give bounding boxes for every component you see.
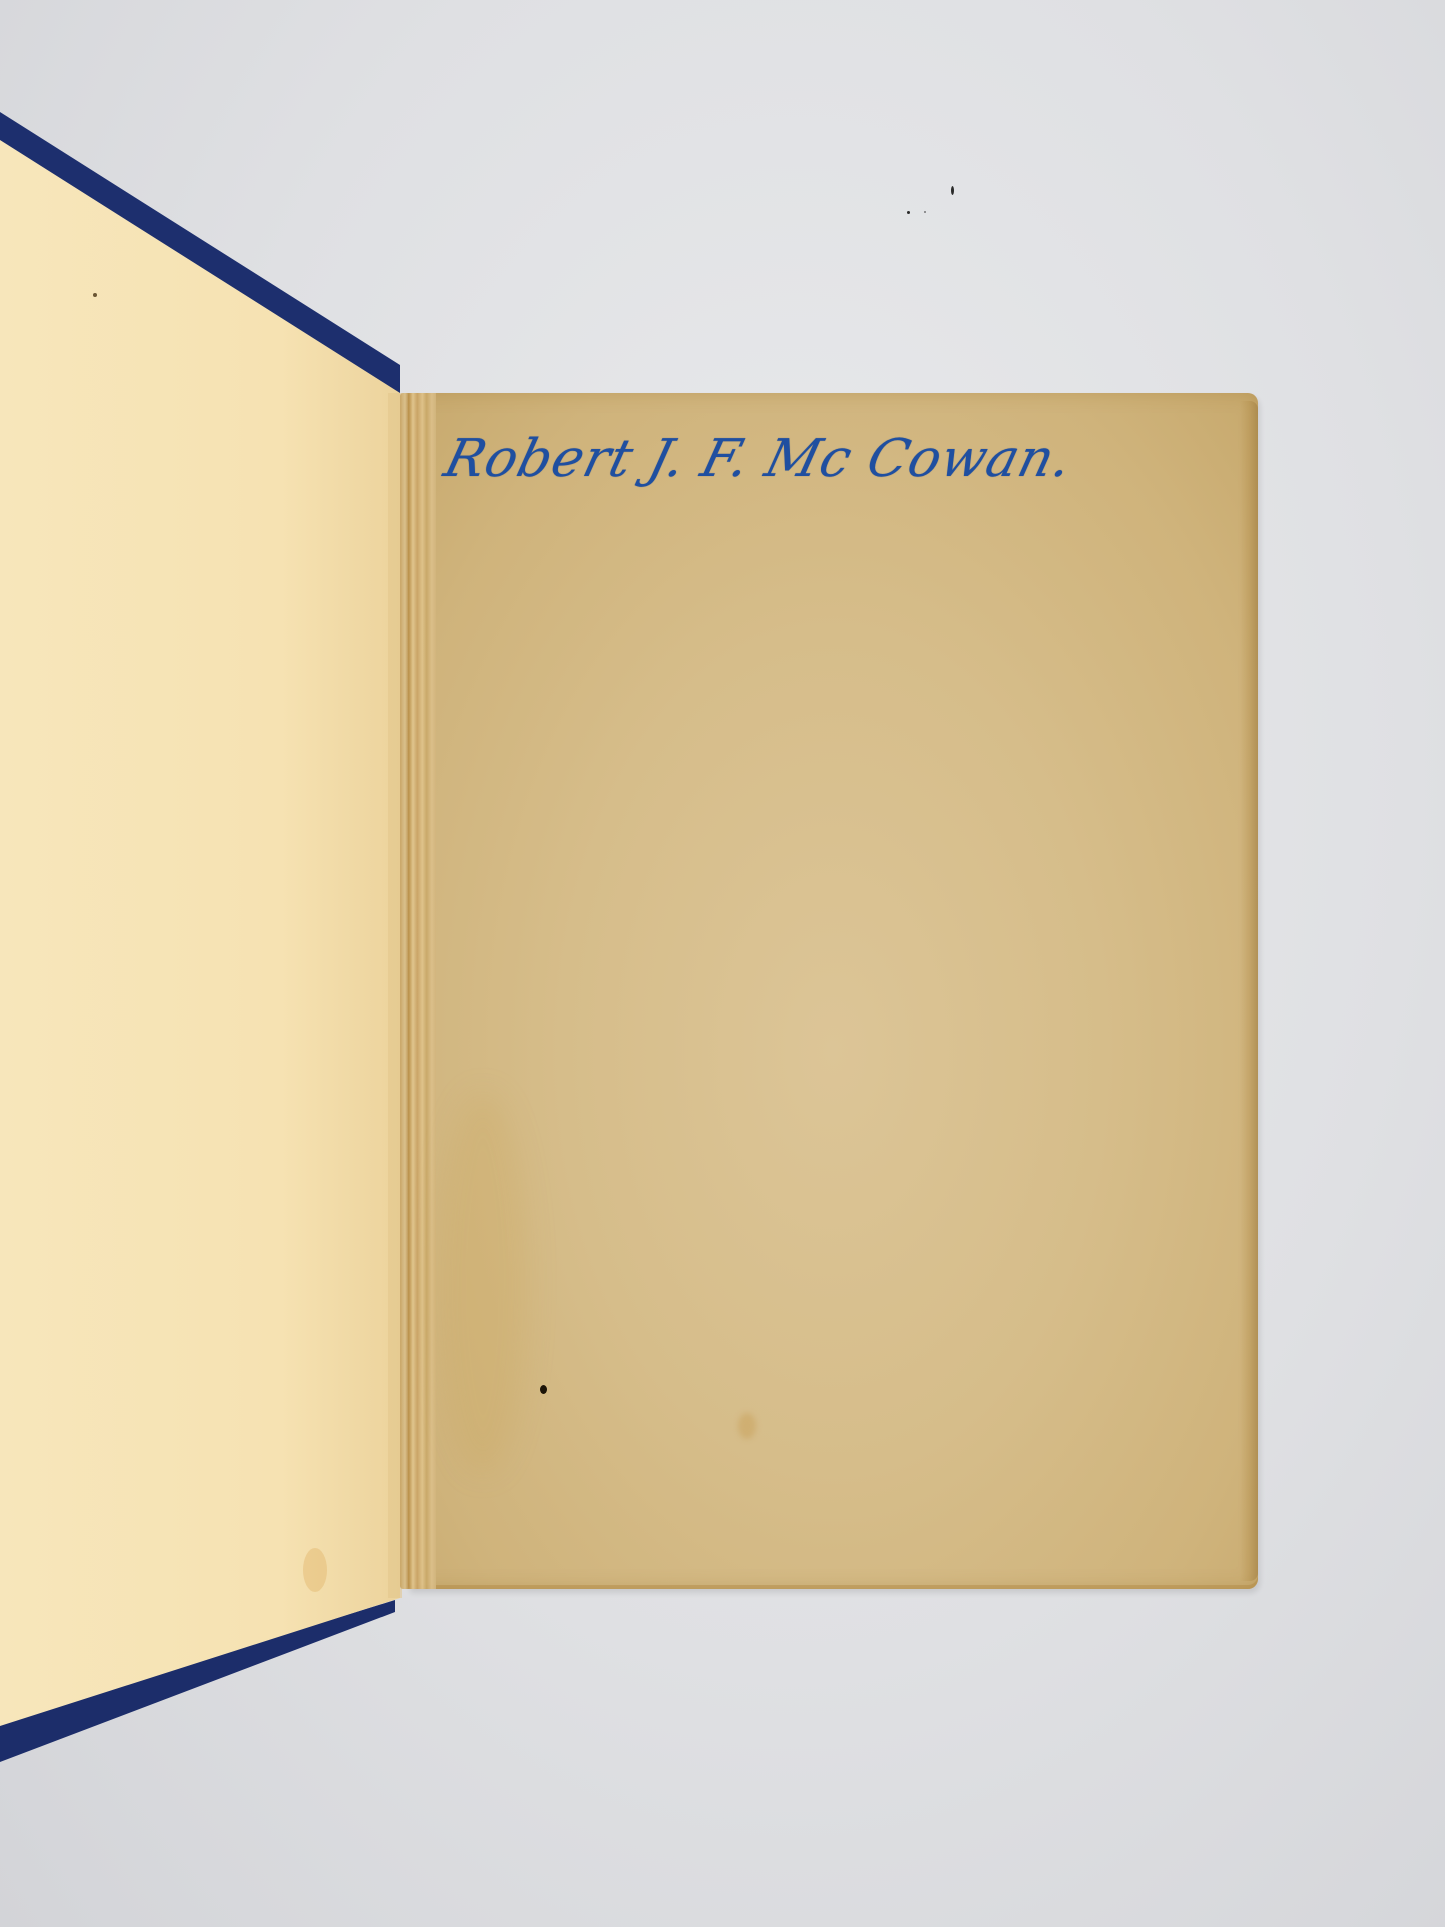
dust-speck — [951, 186, 954, 195]
dust-speck — [924, 211, 926, 213]
owner-signature: Robert J. F. Mc Cowan. — [439, 429, 1079, 489]
toning-area — [438, 1093, 528, 1473]
book-front-cover — [0, 0, 400, 1927]
ink-dot-mark — [540, 1385, 547, 1394]
photo-scene: Robert J. F. Mc Cowan. — [0, 0, 1445, 1927]
paper-stain — [738, 1413, 756, 1439]
front-cover-illustration — [0, 0, 420, 1927]
flyleaf-page: Robert J. F. Mc Cowan. — [408, 393, 1258, 1589]
dust-speck — [907, 211, 910, 214]
